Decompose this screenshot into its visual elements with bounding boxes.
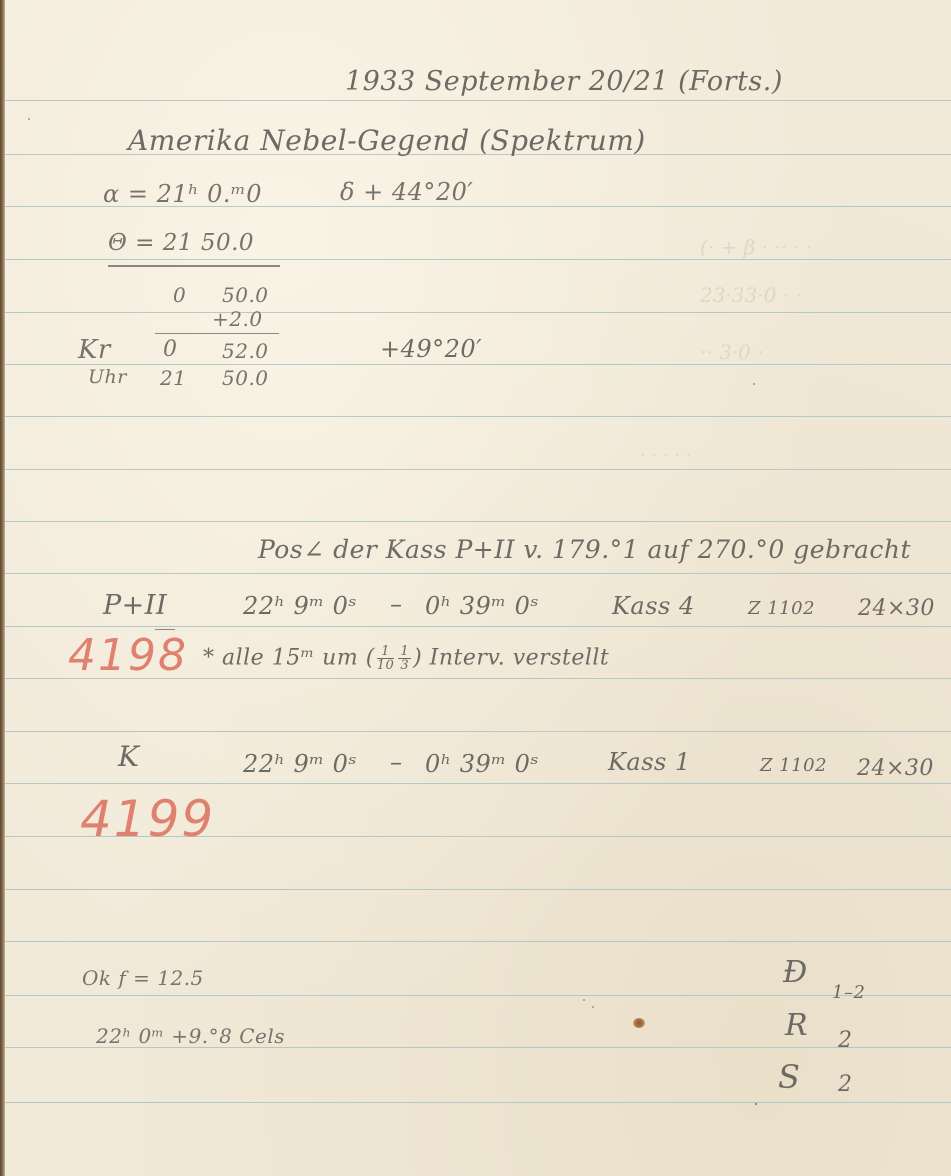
show-through-text: 23·33·0 · · (700, 283, 802, 307)
calc-row-h: 0 (173, 283, 186, 307)
ruled-line (5, 364, 951, 365)
rating-value: 2 (838, 1028, 853, 1053)
fraction: 110 (377, 645, 395, 672)
ruled-line (5, 312, 951, 313)
exposure-end: 0ʰ 39ᵐ 0ˢ (425, 592, 539, 620)
ocular-focus: Ok f = 12.5 (82, 966, 204, 990)
sidereal-time: Θ = 21 50.0 (108, 230, 254, 256)
ruled-line (5, 941, 951, 942)
ruled-line (5, 259, 951, 260)
cassette: Kass 4 (612, 592, 695, 620)
paper-speck (753, 383, 755, 385)
position-angle-note: Pos∠ der Kass P+II v. 179.°1 auf 270.°0 … (258, 535, 911, 564)
plate-size: 24×30 (857, 756, 934, 781)
cassette: Kass 1 (608, 748, 691, 776)
sum-underline (108, 265, 280, 267)
sum-underline (155, 333, 279, 334)
calc-row-m: 50.0 (222, 366, 269, 390)
plate-size: 24×30 (858, 596, 935, 621)
ruled-line (5, 889, 951, 890)
fraction: 13 (398, 645, 411, 672)
calc-row-m: +2.0 (212, 307, 263, 331)
emulsion: Z 1102 (760, 755, 827, 776)
interval-note-post: ) Interv. verstellt (413, 646, 609, 671)
date-heading: 1933 September 20/21 (Forts.) (345, 66, 783, 97)
right-ascension: α = 21ʰ 0.ᵐ0 (103, 180, 262, 208)
kr-declination: +49°20′ (380, 335, 482, 363)
exposure-start: 22ʰ 9ᵐ 0ˢ (243, 592, 357, 620)
calc-row-h: 21 (160, 366, 186, 390)
exposure-end: 0ʰ 39ᵐ 0ˢ (425, 750, 539, 778)
temperature: 22ʰ 0ᵐ +9.°8 Cels (96, 1024, 285, 1048)
calc-row-m: 52.0 (222, 339, 269, 363)
ruled-line (5, 573, 951, 574)
ink-stain (633, 1018, 645, 1028)
ruled-line (5, 995, 951, 996)
show-through-text: ·· 3·0 · (700, 340, 764, 364)
calc-row-label: Kr (78, 335, 111, 365)
plate-label: P+II (103, 590, 167, 621)
calc-row-h: 0 (163, 337, 178, 362)
fraction-denominator: 10 (377, 659, 395, 672)
declination: δ + 44°20′ (340, 178, 473, 206)
interval-note-pre: * alle 15ᵐ um ( (203, 646, 375, 671)
calc-row-m: 50.0 (222, 283, 269, 307)
plate-label: K (118, 740, 139, 773)
dash: – (390, 748, 403, 776)
ruled-line (5, 521, 951, 522)
interval-note: * alle 15ᵐ um (11013) Interv. verstellt (203, 645, 609, 672)
ruled-line (5, 100, 951, 101)
paper-speck (755, 1103, 757, 1105)
plate-number: 4199 (80, 790, 215, 848)
rating-symbol-s: S (778, 1058, 800, 1096)
paper-speck (583, 999, 585, 1001)
calc-row-label: Uhr (88, 366, 127, 388)
fraction-numerator: 1 (398, 645, 411, 659)
seeing-symbol: Ð (783, 955, 808, 990)
show-through-text: · · · · · (640, 445, 692, 466)
binding-edge (0, 0, 5, 1176)
paper-speck (28, 118, 30, 120)
rating-value: 2 (838, 1072, 853, 1097)
rating-symbol-r: R (785, 1008, 808, 1043)
ruled-line (5, 416, 951, 417)
paper-speck (592, 1006, 594, 1008)
ruled-line (5, 626, 951, 627)
show-through-text: (· + β · ·· · · (700, 235, 812, 259)
section-title: Amerika Nebel-Gegend (Spektrum) (128, 124, 646, 157)
ruled-line (5, 1102, 951, 1103)
seeing-value: 1–2 (832, 982, 865, 1003)
ruled-line (5, 731, 951, 732)
ruled-line (5, 469, 951, 470)
ruled-line (5, 783, 951, 784)
fraction-numerator: 1 (377, 645, 395, 659)
dash: – (390, 590, 403, 618)
fraction-denominator: 3 (398, 659, 411, 672)
plate-number: 4198 (68, 630, 188, 681)
exposure-start: 22ʰ 9ᵐ 0ˢ (243, 750, 357, 778)
notebook-page: (· + β · ·· · · 23·33·0 · · ·· 3·0 · · ·… (0, 0, 951, 1176)
emulsion: Z 1102 (748, 598, 815, 619)
